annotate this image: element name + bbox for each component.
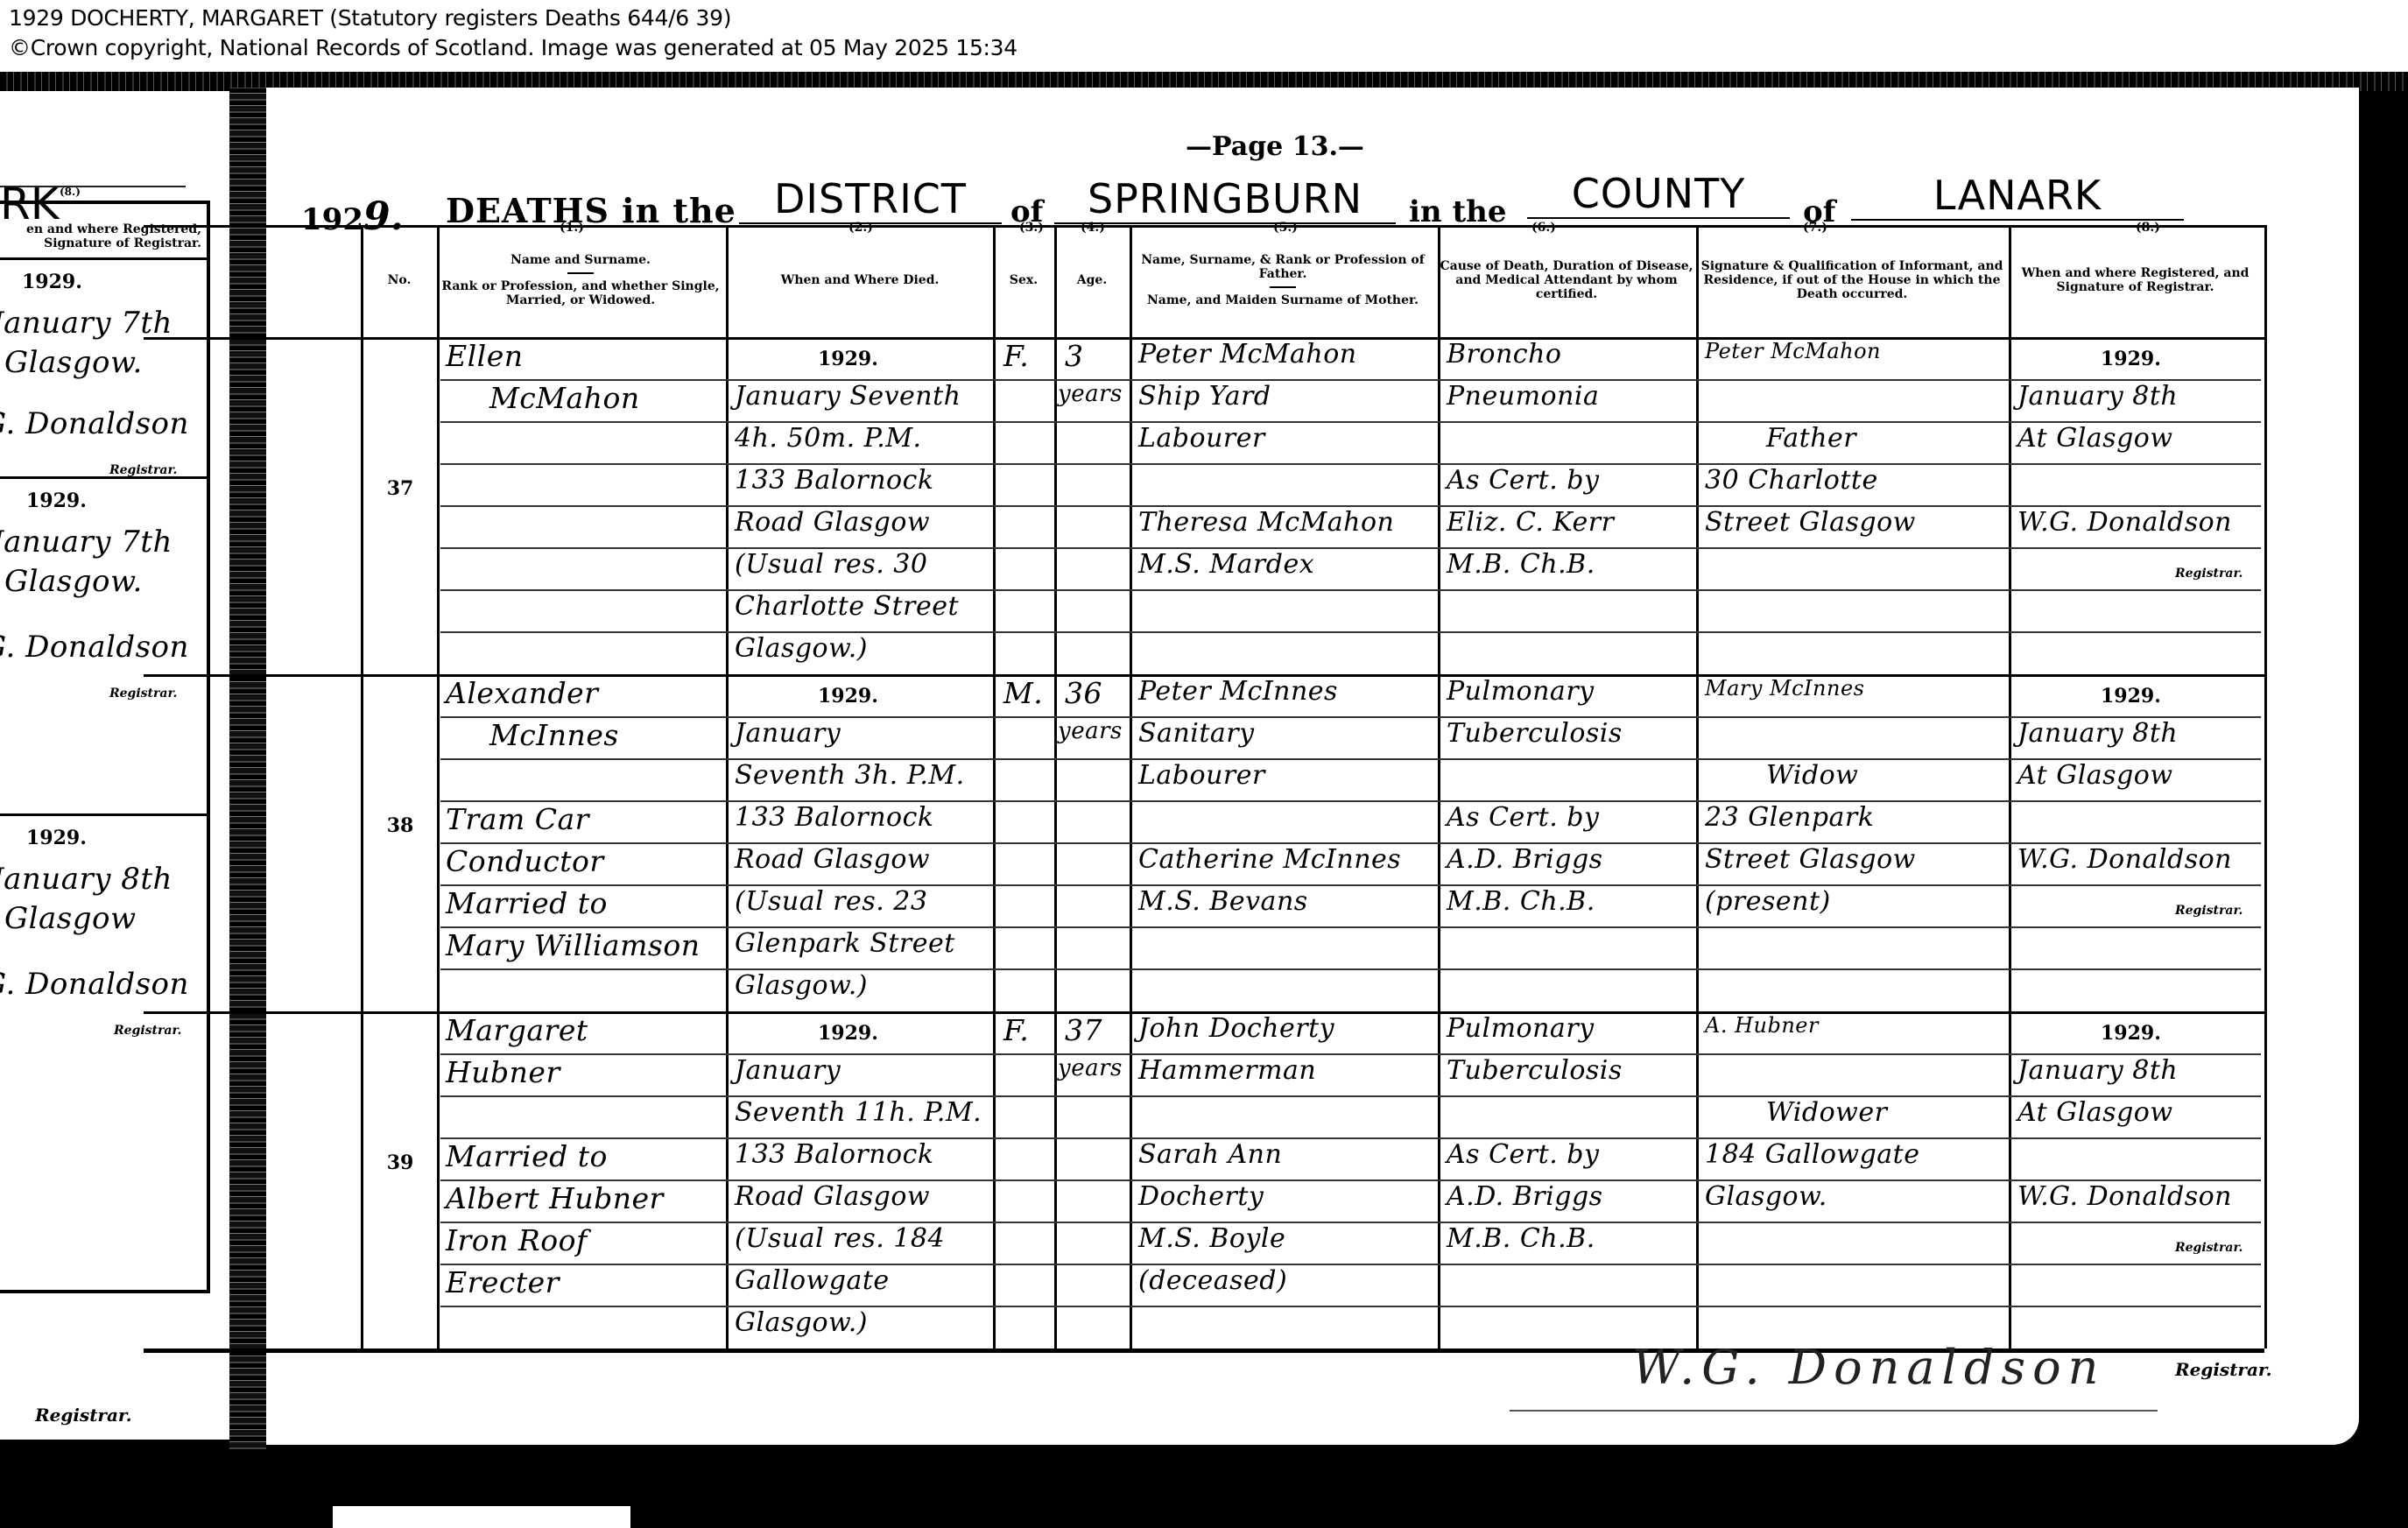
cause-of-death-line: Pneumonia [1447,381,1599,412]
deceased-name-line: Hubner [446,1055,560,1089]
header-informant: Signature & Qualification of Informant, … [1699,228,2005,333]
entry-year: 1929. [22,271,82,293]
deceased-name-line: Married to [446,886,608,920]
when-where-died-line: 133 Balornock [735,1139,934,1170]
copyright-notice: ©Crown copyright, National Records of Sc… [9,35,1017,60]
registrar-label: Registrar. [2175,567,2243,581]
age-value: 36 [1065,676,1102,710]
parents-line: Labourer [1138,423,1265,454]
ruled-line [440,589,2261,591]
parents-line: Ship Yard [1138,381,1271,412]
image-caption: 1929 DOCHERTY, MARGARET (Statutory regis… [0,0,2408,72]
registrar-label: Registrar. [109,687,177,701]
ruled-line [440,1053,2261,1055]
county-name: LANARK [1851,172,2184,221]
sex-value: F. [1003,339,1029,373]
ruled-line [440,1179,2261,1181]
registration-line: W.G. Donaldson [2017,1181,2232,1212]
when-where-died-line: January [735,1055,841,1086]
column-divider [2264,225,2267,1348]
district-type: DISTRICT [739,175,1002,224]
age-value: 3 [1065,339,1084,373]
parents-line: Peter McMahon [1138,339,1357,370]
column-divider [437,225,440,1348]
ruled-line [440,758,2261,760]
registration-line: At Glasgow [2017,423,2173,454]
informant-line: Mary McInnes [1705,676,1864,701]
age-value: 37 [1065,1013,1102,1047]
ruled-line [440,884,2261,886]
ruled-line [440,421,2261,423]
informant-line: 184 Gallowgate [1705,1139,1919,1170]
when-where-died-line: 1929. [818,685,878,708]
when-where-died-line: Road Glasgow [735,844,930,875]
registration-line: At Glasgow [2017,1097,2173,1128]
when-where-died-line: Seventh 3h. P.M. [735,760,965,791]
header-when-where: When and Where Died. [729,228,991,333]
registrar-label: Registrar. [2175,904,2243,918]
ruled-line [440,1264,2261,1265]
deceased-name-line: Albert Hubner [446,1181,664,1215]
entry-number: 38 [361,814,440,837]
age-unit: years [1058,718,1123,744]
ruled-line [440,968,2261,970]
parents-line: Hammerman [1138,1055,1316,1086]
parents-line: Sanitary [1138,718,1255,749]
page-number: —Page 13.— [1186,131,1364,162]
header-cause: Cause of Death, Duration of Disease, and… [1440,228,1693,333]
cause-of-death-line: As Cert. by [1447,465,1599,496]
deceased-name-line: Mary Williamson [446,928,700,962]
registrar-signature: G. Donaldson [0,630,189,665]
district-name: SPRINGBURN [1054,175,1396,224]
cause-of-death-line: Broncho [1447,339,1561,370]
informant-line: Street Glasgow [1705,507,1916,538]
cause-of-death-line: A.D. Briggs [1447,1181,1603,1212]
registration-line: W.G. Donaldson [2017,844,2232,875]
cause-of-death-line: Eliz. C. Kerr [1447,507,1614,538]
cause-of-death-line: M.B. Ch.B. [1447,549,1595,580]
header-sex: Sex. [995,228,1053,333]
informant-line: (present) [1705,886,1831,917]
registration-line: At Glasgow [2017,760,2173,791]
deceased-name-line: Tram Car [446,802,589,836]
ruled-line [440,926,2261,928]
deceased-name-line: Erecter [446,1265,560,1299]
ruled-line [440,1137,2261,1139]
cause-of-death-line: M.B. Ch.B. [1447,886,1595,917]
ruled-line [440,463,2261,465]
registrar-label: Registrar. [2175,1241,2243,1255]
parents-line: M.S. Bevans [1138,886,1308,917]
informant-line: 30 Charlotte [1705,465,1878,496]
parents-line: Catherine McInnes [1138,844,1401,875]
parents-line: M.S. Mardex [1138,549,1314,580]
informant-line: Widow [1766,760,1858,791]
when-where-died-line: Road Glasgow [735,1181,930,1212]
ruled-line [440,631,2261,633]
registrar-label: Registrar. [109,463,177,477]
registrar-signature: G. Donaldson [0,967,189,1002]
signature-line [1510,1410,2158,1412]
cause-of-death-line: Tuberculosis [1447,718,1623,749]
when-where-died-line: (Usual res. 23 [735,886,927,917]
deceased-name-line: Iron Roof [446,1223,588,1257]
ruled-line [440,1306,2261,1307]
record-title: 1929 DOCHERTY, MARGARET (Statutory regis… [9,5,731,31]
registration-line: January 8th [2017,718,2178,749]
entry-year: 1929. [26,489,87,512]
entry-number: 37 [361,477,440,500]
header-registered: When and where Registered, and Signature… [2010,228,2260,333]
deceased-name-line: Married to [446,1139,608,1173]
ruled-line [440,1222,2261,1223]
ruled-line [440,1095,2261,1097]
in-the-label: in the [1409,194,1507,229]
divider [0,257,207,260]
entry-place: Glasgow [4,901,137,936]
when-where-died-line: Glenpark Street [735,928,955,959]
when-where-died-line: Glasgow.) [735,633,868,664]
entry-date: January 8th [0,862,173,897]
age-unit: years [1058,1055,1123,1081]
parents-line: (deceased) [1138,1265,1287,1296]
ruled-line [440,716,2261,718]
registration-line: 1929. [2101,1022,2161,1045]
informant-line: Father [1766,423,1856,454]
parents-line: Docherty [1138,1181,1264,1212]
when-where-died-line: Gallowgate [735,1265,890,1296]
registration-line: W.G. Donaldson [2017,507,2232,538]
header-age: Age. [1056,228,1128,333]
deceased-name-line: Margaret [446,1013,588,1047]
sex-value: M. [1003,676,1043,710]
parents-line: Sarah Ann [1138,1139,1282,1170]
registrar-label: Registrar. [114,1024,181,1038]
parents-line: M.S. Boyle [1138,1223,1285,1254]
when-where-died-line: 133 Balornock [735,465,934,496]
informant-line: 23 Glenpark [1705,802,1874,833]
book-spine [229,88,266,1454]
age-unit: years [1058,381,1123,407]
when-where-died-line: January [735,718,841,749]
when-where-died-line: (Usual res. 184 [735,1223,945,1254]
deceased-name-line: McMahon [489,381,640,415]
when-where-died-line: January Seventh [735,381,961,412]
parents-line: Theresa McMahon [1138,507,1394,538]
cause-of-death-line: Tuberculosis [1447,1055,1623,1086]
registration-line: January 8th [2017,1055,2178,1086]
when-where-died-line: 133 Balornock [735,802,934,833]
sex-value: F. [1003,1013,1029,1047]
entry-place: Glasgow. [4,345,143,380]
deceased-name-line: Ellen [446,339,523,373]
registration-line: 1929. [2101,685,2161,708]
cause-of-death-line: As Cert. by [1447,1139,1599,1170]
registrar-label: Registrar. [35,1405,132,1426]
cause-of-death-line: Pulmonary [1447,676,1595,707]
parents-line: John Docherty [1138,1013,1334,1044]
when-where-died-line: 4h. 50m. P.M. [735,423,922,454]
cause-of-death-line: As Cert. by [1447,802,1599,833]
divider [0,476,207,479]
ruled-line [440,800,2261,802]
parents-line: Peter McInnes [1138,676,1338,707]
divider [0,813,207,816]
header-name: Name and Surname.Rank or Profession, and… [440,228,722,333]
registrar-footer-signature: W.G. Donaldson [1632,1340,2105,1395]
registrar-signature: G. Donaldson [0,406,189,441]
county-type: COUNTY [1527,170,1790,219]
cause-of-death-line: Pulmonary [1447,1013,1595,1044]
ruled-line [440,547,2261,549]
when-where-died-line: 1929. [818,348,878,370]
registrar-label: Registrar. [2175,1359,2272,1380]
cause-of-death-line: A.D. Briggs [1447,844,1603,875]
informant-line: Peter McMahon [1705,339,1881,363]
entry-date: January 7th [0,306,173,341]
column-divider [361,225,363,1348]
cause-of-death-line: M.B. Ch.B. [1447,1223,1595,1254]
deceased-name-line: Alexander [446,676,598,710]
informant-line: A. Hubner [1705,1013,1819,1038]
when-where-died-line: Glasgow.) [735,1307,868,1338]
registration-line: January 8th [2017,381,2178,412]
entry-date: January 7th [0,525,173,560]
header-parents: Name, Surname, & Rank or Profession of F… [1131,228,1434,333]
previous-page-strip: RK (8.) en and where Registered, Signatu… [0,91,229,1440]
informant-line: Glasgow. [1705,1181,1827,1212]
informant-line: Street Glasgow [1705,844,1916,875]
parents-line: Labourer [1138,760,1265,791]
entry-number: 39 [361,1151,440,1174]
when-where-died-line: 1929. [818,1022,878,1045]
informant-line: Widower [1766,1097,1887,1128]
when-where-died-line: Charlotte Street [735,591,959,622]
deceased-name-line: Conductor [446,844,604,878]
registration-line: 1929. [2101,348,2161,370]
entry-place: Glasgow. [4,564,143,599]
when-where-died-line: (Usual res. 30 [735,549,927,580]
ruled-line [440,379,2261,381]
deceased-name-line: McInnes [489,718,619,752]
entry-year: 1929. [26,827,87,849]
when-where-died-line: Seventh 11h. P.M. [735,1097,982,1128]
paper-scrap [333,1506,630,1528]
header-no: No. [364,228,434,333]
when-where-died-line: Glasgow.) [735,970,868,1001]
when-where-died-line: Road Glasgow [735,507,930,538]
register-page: —Page 13.— 1929. DEATHS in the DISTRICT … [266,88,2359,1445]
divider [0,186,186,187]
column-number: (8.) [60,186,81,198]
